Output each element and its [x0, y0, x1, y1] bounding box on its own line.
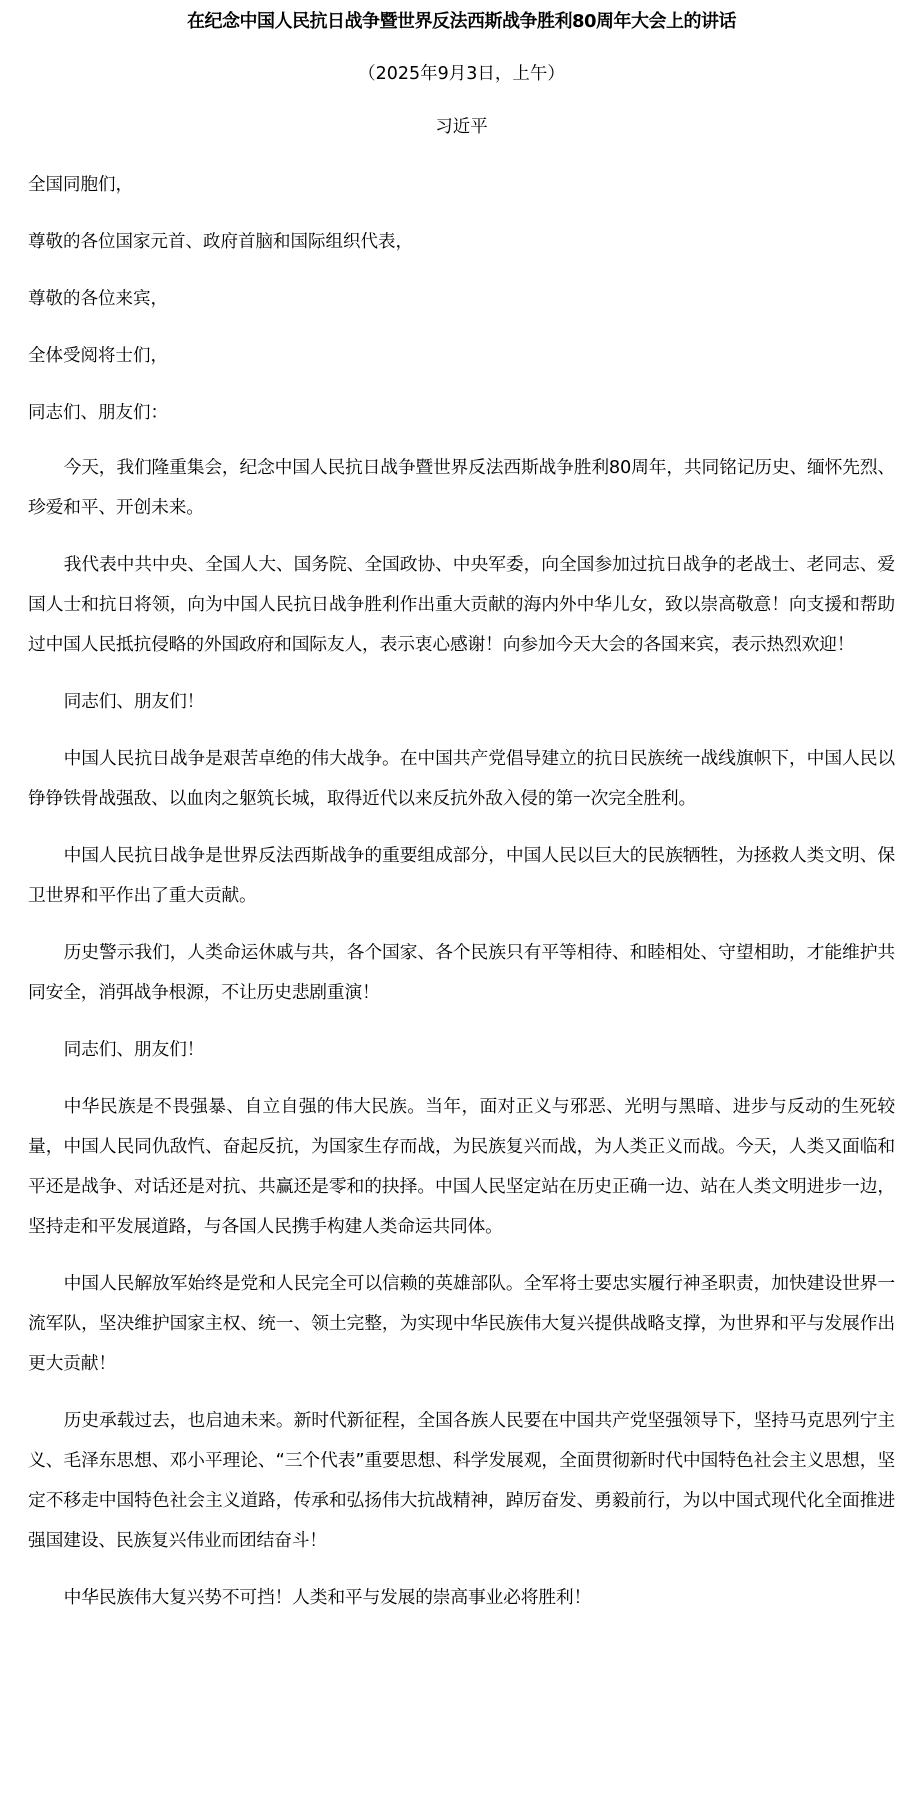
body-paragraph: 中华民族是不畏强暴、自立自强的伟大民族。当年，面对正义与邪恶、光明与黑暗、进步与…	[28, 1087, 895, 1247]
body-paragraph: 同志们、朋友们！	[28, 682, 895, 722]
body-paragraph: 中国人民抗日战争是世界反法西斯战争的重要组成部分，中国人民以巨大的民族牺牲，为拯…	[28, 836, 895, 916]
speech-document: 在纪念中国人民抗日战争暨世界反法西斯战争胜利80周年大会上的讲话 （2025年9…	[0, 0, 914, 1618]
salutations: 全国同胞们， 尊敬的各位国家元首、政府首脑和国际组织代表， 尊敬的各位来宾， 全…	[28, 157, 895, 442]
salutation-line: 尊敬的各位国家元首、政府首脑和国际组织代表，	[28, 214, 895, 271]
body-paragraph: 中华民族伟大复兴势不可挡！人类和平与发展的崇高事业必将胜利！	[28, 1578, 895, 1618]
speech-body: 今天，我们隆重集会，纪念中国人民抗日战争暨世界反法西斯战争胜利80周年，共同铭记…	[28, 448, 895, 1618]
body-paragraph: 同志们、朋友们！	[28, 1030, 895, 1070]
salutation-line: 同志们、朋友们：	[28, 385, 895, 442]
document-author: 习近平	[28, 101, 895, 154]
document-title: 在纪念中国人民抗日战争暨世界反法西斯战争胜利80周年大会上的讲话	[28, 0, 895, 48]
salutation-line: 全国同胞们，	[28, 157, 895, 214]
body-paragraph: 历史警示我们，人类命运休戚与共，各个国家、各个民族只有平等相待、和睦相处、守望相…	[28, 933, 895, 1013]
salutation-line: 尊敬的各位来宾，	[28, 271, 895, 328]
body-paragraph: 中国人民抗日战争是艰苦卓绝的伟大战争。在中国共产党倡导建立的抗日民族统一战线旗帜…	[28, 739, 895, 819]
body-paragraph: 我代表中共中央、全国人大、国务院、全国政协、中央军委，向全国参加过抗日战争的老战…	[28, 545, 895, 665]
document-date: （2025年9月3日，上午）	[28, 48, 895, 101]
body-paragraph: 今天，我们隆重集会，纪念中国人民抗日战争暨世界反法西斯战争胜利80周年，共同铭记…	[28, 448, 895, 528]
body-paragraph: 历史承载过去，也启迪未来。新时代新征程，全国各族人民要在中国共产党坚强领导下，坚…	[28, 1401, 895, 1561]
body-paragraph: 中国人民解放军始终是党和人民完全可以信赖的英雄部队。全军将士要忠实履行神圣职责，…	[28, 1264, 895, 1384]
salutation-line: 全体受阅将士们，	[28, 328, 895, 385]
